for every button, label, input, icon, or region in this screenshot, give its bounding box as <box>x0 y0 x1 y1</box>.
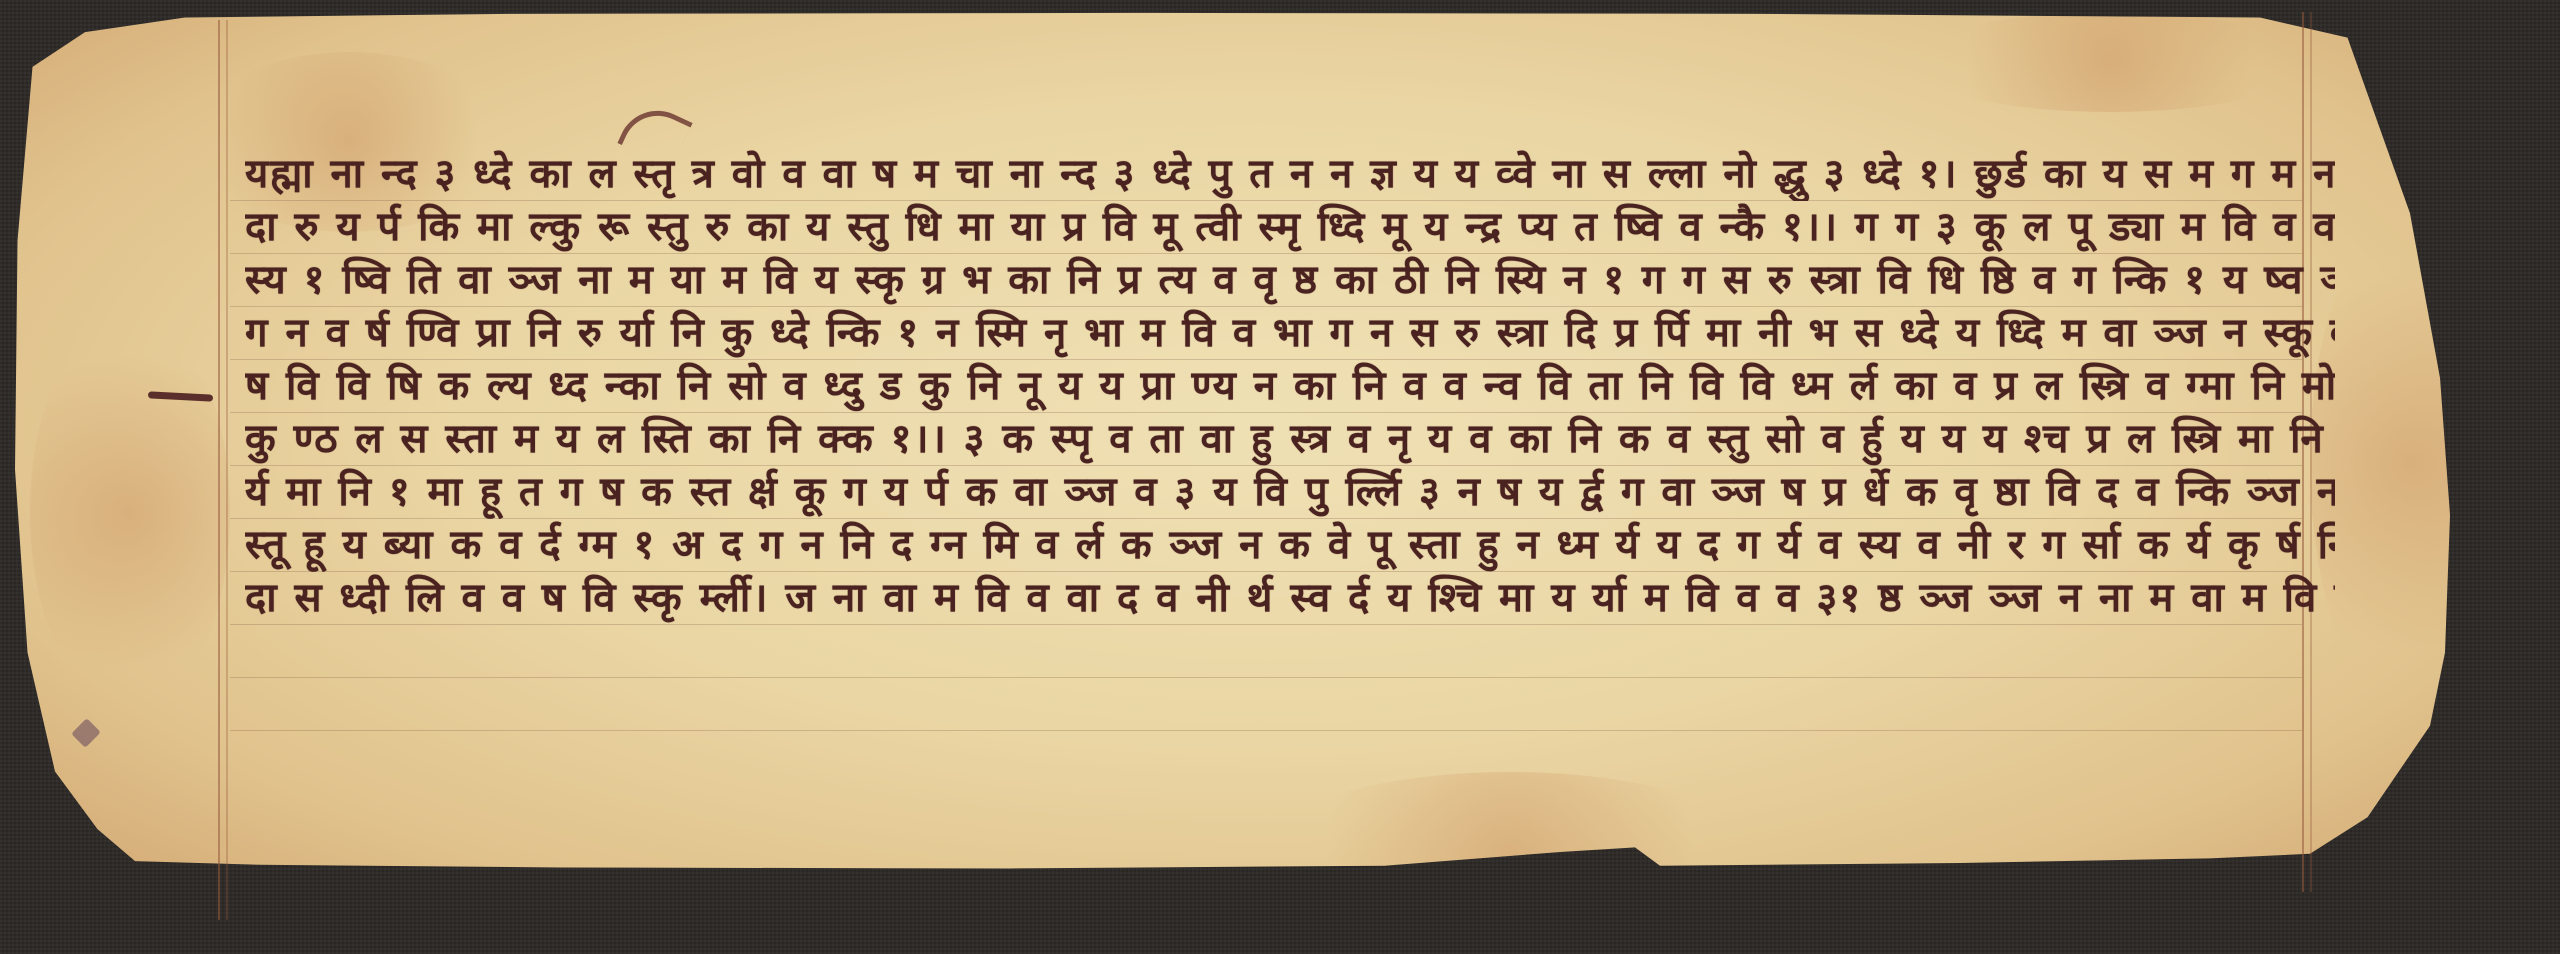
left-margin-rule-inner <box>226 20 228 920</box>
text-line-4: ग न व र्ष ण्वि प्रा नि रु र्या नि कु ध्द… <box>245 307 2335 360</box>
paper-stain <box>1910 12 2310 112</box>
manuscript-text: यह्मा ना न्द ३ ध्दे का ल स्तृ त्र वो व व… <box>245 148 2335 625</box>
text-line-2: दा रु य र्प कि मा ल्कु रू स्तु रु का य स… <box>245 201 2335 254</box>
text-line-8: स्तू हू य ब्या क व र्द ग्म १ अ द ग न नि … <box>245 519 2335 572</box>
text-line-1: यह्मा ना न्द ३ ध्दे का ल स्तृ त्र वो व व… <box>245 148 2335 201</box>
ruling-line <box>230 677 2302 678</box>
paper-stain <box>30 312 230 712</box>
text-line-9: दा स ध्दी लि व व ष वि स्कृ र्म्ली। ज ना … <box>245 572 2335 625</box>
text-line-5: ष वि वि षि क ल्य ध्द न्का नि सो व ध्दु ड… <box>245 360 2335 413</box>
text-line-7: र्य मा नि १ मा हू त ग ष क स्त र्क्ष कू ग… <box>245 466 2335 519</box>
text-line-3: स्य १ ष्वि ति वा ञ्ज ना म या म वि य स्कृ… <box>245 254 2335 307</box>
ruling-line <box>230 730 2302 731</box>
text-line-6: कु ण्ठ ल स स्ता म य ल स्ति का नि क्क १।।… <box>245 413 2335 466</box>
left-margin-rule <box>218 20 220 920</box>
